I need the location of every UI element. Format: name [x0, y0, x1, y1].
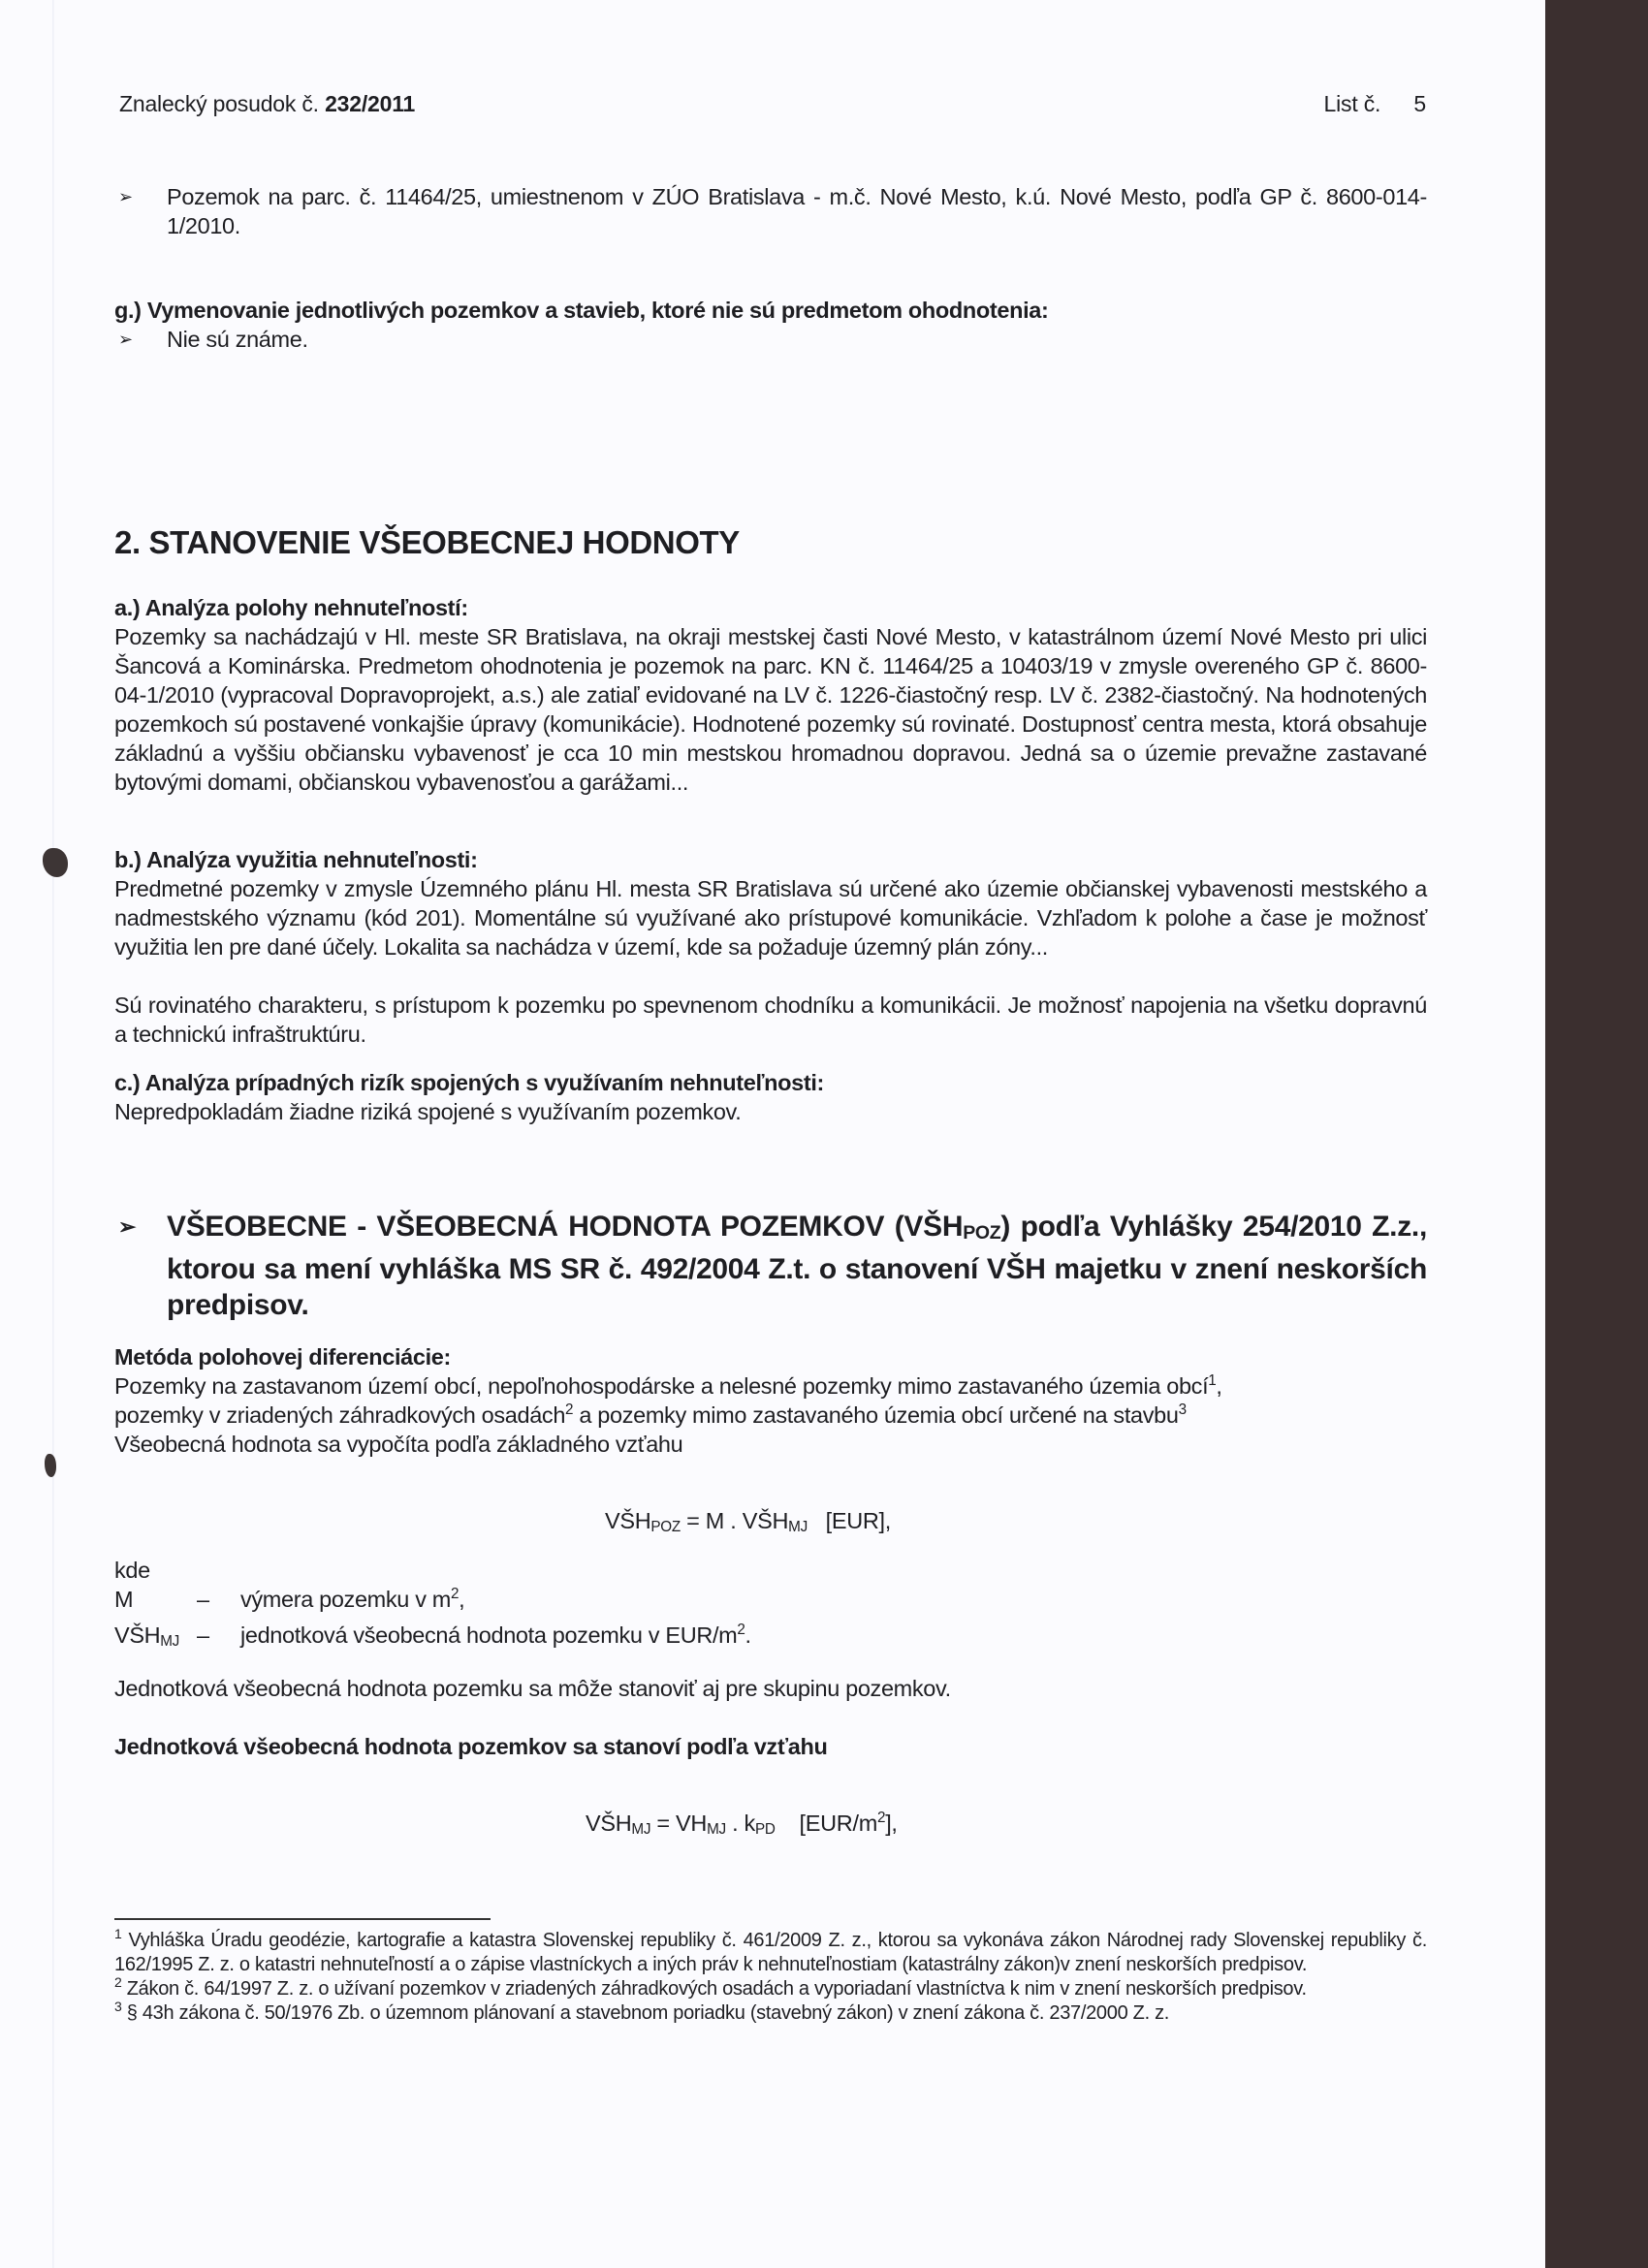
arrow-bullet-icon: ➢ [114, 1209, 167, 1244]
document-number-prefix: Znalecký posudok č. [119, 91, 319, 116]
footnote-ref-3[interactable]: 3 [1179, 1402, 1187, 1418]
section-g-heading: g.) Vymenovanie jednotlivých pozemkov a … [114, 296, 1427, 325]
section-g-bullet: ➢ Nie sú známe. [114, 325, 1427, 354]
vsh-title-subscript: POZ [963, 1222, 1000, 1244]
where-label: kde [114, 1556, 1427, 1585]
method-line-3: Všeobecná hodnota sa vypočíta podľa zákl… [114, 1430, 1427, 1459]
arrow-bullet-icon: ➢ [114, 182, 167, 211]
definition-row: VŠHMJ – jednotková všeobecná hodnota poz… [114, 1621, 751, 1656]
definition-row: M – výmera pozemku v m2, [114, 1585, 751, 1621]
vsh-section-title: ➢ VŠEOBECNE - VŠEOBECNÁ HODNOTA POZEMKOV… [114, 1209, 1427, 1323]
punch-hole-mark [45, 1454, 56, 1477]
unit-value-heading: Jednotková všeobecná hodnota pozemkov sa… [114, 1732, 1427, 1761]
page-header: Znalecký posudok č. 232/2011 List č. 5 [119, 91, 1426, 117]
formula-vsh-poz: VŠHPOZ = M . VŠHMJ [EUR], [605, 1508, 891, 1535]
sheet-value: 5 [1413, 91, 1426, 116]
section-g-bullet-text: Nie sú známe. [167, 325, 1427, 354]
section-c-heading: c.) Analýza prípadných rizík spojených s… [114, 1068, 1427, 1097]
footnote-2: 2 Zákon č. 64/1997 Z. z. o užívaní pozem… [114, 1977, 1427, 2001]
footnote-ref-2[interactable]: 2 [565, 1402, 573, 1418]
method-heading: Metóda polohovej diferenciácie: [114, 1342, 1427, 1371]
scanner-background [1545, 0, 1648, 2268]
parcel-bullet: ➢ Pozemok na parc. č. 11464/25, umiestne… [114, 182, 1427, 240]
footnote-1: 1 Vyhláška Úradu geodézie, kartografie a… [114, 1929, 1427, 1977]
definitions-list: M – výmera pozemku v m2, VŠHMJ – jednotk… [114, 1585, 1427, 1656]
section-b-body-1: Predmetné pozemky v zmysle Územného plán… [114, 874, 1427, 961]
method-line-2: pozemky v zriadených záhradkových osadác… [114, 1401, 1427, 1430]
method-line-1: Pozemky na zastavanom území obcí, nepoľn… [114, 1371, 1427, 1401]
footnote-3: 3 § 43h zákona č. 50/1976 Zb. o územnom … [114, 2001, 1427, 2026]
section-2-title: 2. STANOVENIE VŠEOBECNEJ HODNOTY [114, 528, 1427, 557]
document-number: Znalecký posudok č. 232/2011 [119, 91, 415, 117]
group-note: Jednotková všeobecná hodnota pozemku sa … [114, 1674, 1427, 1703]
document-number-value: 232/2011 [325, 91, 415, 116]
section-a-heading: a.) Analýza polohy nehnuteľností: [114, 593, 1427, 622]
punch-hole-mark [43, 848, 68, 877]
footnotes: 1 Vyhláška Úradu geodézie, kartografie a… [114, 1929, 1427, 2026]
section-b-body-2: Sú rovinatého charakteru, s prístupom k … [114, 991, 1427, 1049]
section-a-body: Pozemky sa nachádzajú v Hl. meste SR Bra… [114, 622, 1427, 797]
parcel-bullet-text: Pozemok na parc. č. 11464/25, umiestneno… [167, 182, 1427, 240]
sheet-label: List č. [1324, 91, 1381, 116]
section-c-body: Nepredpokladám žiadne riziká spojené s v… [114, 1097, 1427, 1126]
page-fold-line [52, 0, 54, 2268]
arrow-bullet-icon: ➢ [114, 325, 167, 354]
vsh-title-part-1: VŠEOBECNE - VŠEOBECNÁ HODNOTA POZEMKOV (… [167, 1211, 963, 1243]
section-b-heading: b.) Analýza využitia nehnuteľnosti: [114, 845, 1427, 874]
footnote-separator [114, 1918, 491, 1920]
sheet-number: List č. 5 [1324, 91, 1426, 117]
formula-vsh-mj: VŠHMJ = VHMJ . kPD [EUR/m2], [586, 1811, 898, 1838]
document-page: Znalecký posudok č. 232/2011 List č. 5 ➢… [0, 0, 1545, 2268]
